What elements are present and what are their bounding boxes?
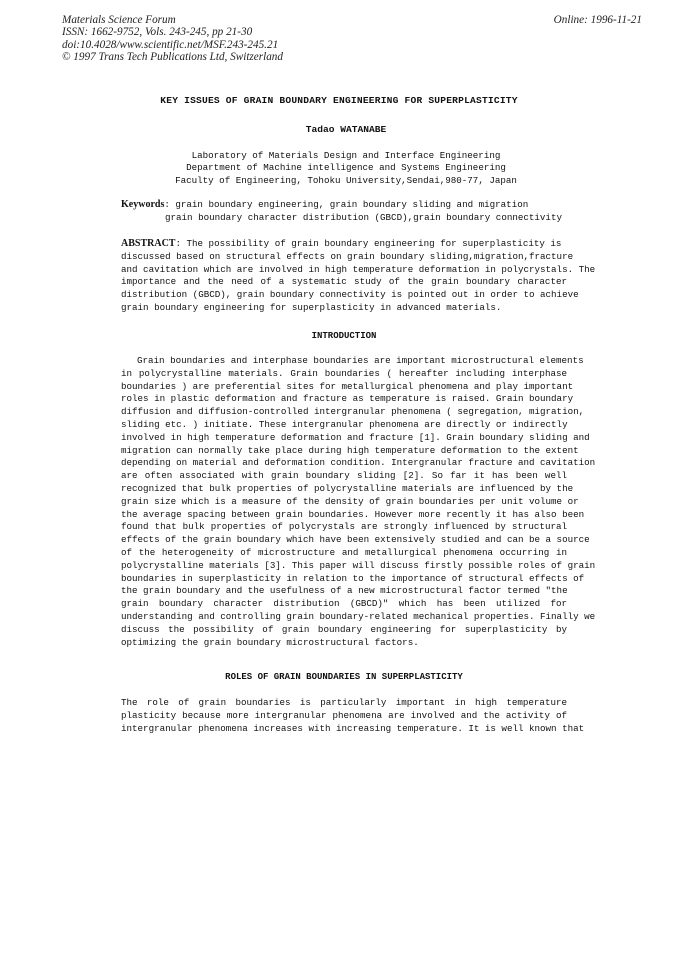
body-line: are often associated with grain boundary… — [121, 470, 567, 483]
body-line: intergranular phenomena increases with i… — [121, 723, 567, 736]
body-line: grain boundary character distribution (G… — [121, 598, 567, 611]
body-line: the grain boundary and the usefulness of… — [121, 585, 567, 598]
keywords: Keywords: grain boundary engineering, gr… — [121, 199, 567, 225]
copyright-line: © 1997 Trans Tech Publications Ltd, Swit… — [62, 51, 283, 63]
body-line: The role of grain boundaries is particul… — [121, 697, 567, 710]
body-line: depending on material and deformation co… — [121, 457, 567, 470]
keywords-text: grain boundary character distribution (G… — [121, 212, 567, 225]
section-heading-roles: ROLES OF GRAIN BOUNDARIES IN SUPERPLASTI… — [121, 672, 567, 682]
body-line: migration can normally take place during… — [121, 445, 567, 458]
abstract-line: grain boundary engineering for superplas… — [121, 302, 567, 315]
body-line: optimizing the grain boundary microstruc… — [121, 637, 567, 650]
journal-name: Materials Science Forum — [62, 14, 283, 26]
affiliation-line: Laboratory of Materials Design and Inter… — [14, 150, 678, 162]
body-line: diffusion and diffusion-controlled inter… — [121, 406, 567, 419]
section-heading-introduction: INTRODUCTION — [121, 331, 567, 341]
body-line: polycrystalline materials [3]. This pape… — [121, 560, 567, 573]
abstract-line: importance and the need of a systematic … — [121, 276, 567, 289]
body-line: of the heterogeneity of microstructure a… — [121, 547, 567, 560]
abstract-label: ABSTRACT — [121, 238, 175, 249]
body-line: boundaries ) are preferential sites for … — [121, 381, 567, 394]
paper-title: KEY ISSUES OF GRAIN BOUNDARY ENGINEERING… — [0, 95, 678, 106]
body-line: found that bulk properties of polycrysta… — [121, 521, 567, 534]
issn-line: ISSN: 1662-9752, Vols. 243-245, pp 21-30 — [62, 26, 283, 38]
body-line: in polycrystalline materials. Grain boun… — [121, 368, 567, 381]
body-line: sliding etc. ) initiate. These intergran… — [121, 419, 567, 432]
abstract-line: distribution (GBCD), grain boundary conn… — [121, 289, 567, 302]
introduction-body: Grain boundaries and interphase boundari… — [121, 355, 567, 649]
body-line: recognized that bulk properties of polyc… — [121, 483, 567, 496]
roles-body: The role of grain boundaries is particul… — [121, 697, 567, 735]
affiliation: Laboratory of Materials Design and Inter… — [0, 150, 678, 187]
keywords-label: Keywords — [121, 199, 164, 210]
body-line: effects of the grain boundary which have… — [121, 534, 567, 547]
body-line: boundaries in superplasticity in relatio… — [121, 573, 567, 586]
abstract-line: : The possibility of grain boundary engi… — [175, 238, 561, 249]
body-line: involved in high temperature deformation… — [121, 432, 567, 445]
body-line: plasticity because more intergranular ph… — [121, 710, 567, 723]
keywords-text: : grain boundary engineering, grain boun… — [164, 199, 528, 210]
affiliation-line: Faculty of Engineering, Tohoku Universit… — [14, 175, 678, 187]
abstract: ABSTRACT: The possibility of grain bound… — [121, 238, 567, 315]
abstract-line: and cavitation which are involved in hig… — [121, 264, 567, 277]
online-date: Online: 1996-11-21 — [554, 14, 642, 26]
body-line: roles in plastic deformation and fractur… — [121, 393, 567, 406]
abstract-line: discussed based on structural effects on… — [121, 251, 567, 264]
paper-author: Tadao WATANABE — [0, 124, 678, 135]
body-line: the average spacing between grain bounda… — [121, 509, 567, 522]
body-line: understanding and controlling grain boun… — [121, 611, 567, 624]
body-line: Grain boundaries and interphase boundari… — [121, 355, 567, 368]
body-line: discuss the possibility of grain boundar… — [121, 624, 567, 637]
doi-line: doi:10.4028/www.scientific.net/MSF.243-2… — [62, 39, 283, 51]
body-line: grain size which is a measure of the den… — [121, 496, 567, 509]
citation-header: Materials Science Forum ISSN: 1662-9752,… — [62, 14, 283, 64]
affiliation-line: Department of Machine intelligence and S… — [14, 162, 678, 174]
